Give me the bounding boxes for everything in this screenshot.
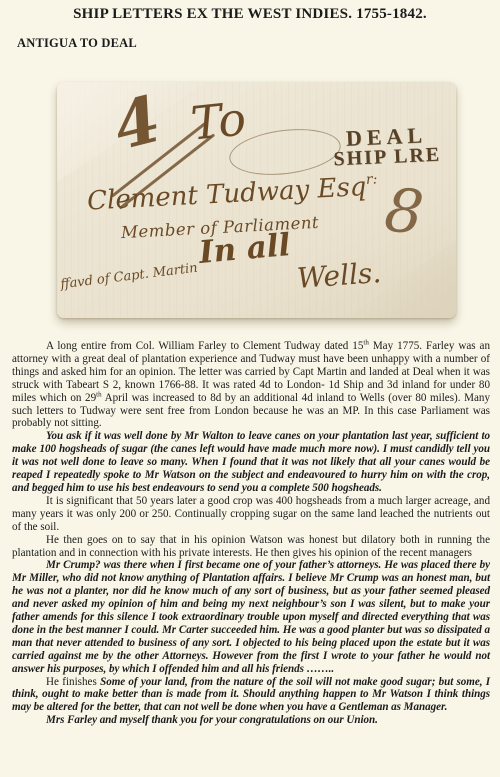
- section-heading: ANTIGUA TO DEAL: [17, 36, 137, 51]
- paragraph: He then goes on to say that in his opini…: [12, 534, 490, 560]
- stamp-line: SHIP LRE: [333, 145, 441, 169]
- paragraph: Mr Crump? was there when I first became …: [12, 559, 490, 675]
- text-run-script: Mr Crump? was there when I first became …: [12, 559, 490, 674]
- handwritten-to: To: [189, 95, 248, 146]
- letter-scan: 4 To DEAL SHIP LRE Clement Tudway Esqr: …: [57, 82, 456, 318]
- text-run-roman: He finishes: [46, 676, 100, 688]
- text-run-roman: It is significant that 50 years later a …: [12, 495, 490, 533]
- new-rate-mark: 8: [382, 180, 426, 244]
- page-title: SHIP LETTERS EX THE WEST INDIES. 1755-18…: [0, 6, 500, 23]
- paragraph: It is significant that 50 years later a …: [12, 495, 490, 534]
- description-text: A long entire from Col. William Farley t…: [12, 340, 490, 727]
- album-page: SHIP LETTERS EX THE WEST INDIES. 1755-18…: [0, 0, 500, 777]
- address-name-superscript: r:: [366, 171, 378, 188]
- address-name-text: Clement Tudway Esq: [86, 172, 367, 217]
- paragraph: You ask if it was well done by Mr Walton…: [12, 430, 490, 495]
- text-run-script: You ask if it was well done by Mr Walton…: [12, 430, 490, 494]
- text-run-roman: He then goes on to say that in his opini…: [12, 534, 490, 559]
- paragraph: A long entire from Col. William Farley t…: [12, 340, 490, 430]
- carrier-endorsement: ffavd of Capt. Martin: [60, 262, 199, 292]
- text-run-roman: A long entire from Col. William Farley t…: [46, 340, 363, 352]
- paragraph: He finishes Some of your land, from the …: [12, 676, 490, 715]
- deal-ship-letter-stamp: DEAL SHIP LRE: [332, 124, 441, 170]
- destination-text: Wells.: [296, 259, 382, 293]
- in-all-mark: In all: [198, 230, 292, 269]
- paragraph: Mrs Farley and myself thank you for your…: [12, 714, 490, 727]
- text-run-script: Mrs Farley and myself thank you for your…: [46, 714, 378, 726]
